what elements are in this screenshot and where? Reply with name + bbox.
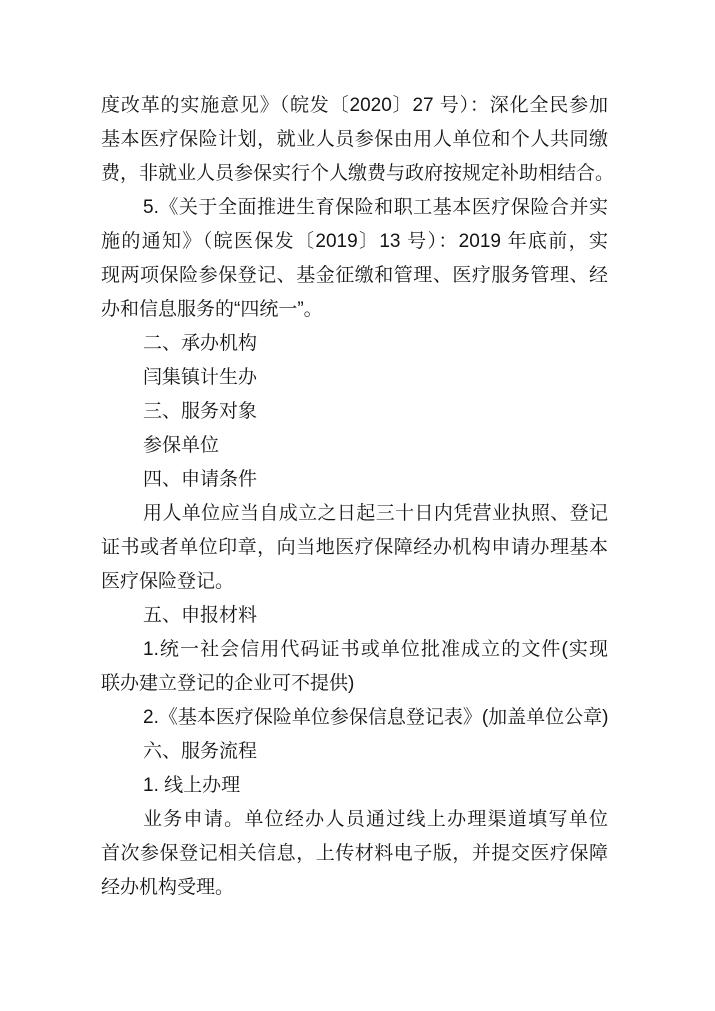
text-line: 1.统一社会信用代码证书或单位批准成立的文件(实现	[101, 633, 608, 667]
text-line: 证书或者单位印章，向当地医疗保障经办机构申请办理基本	[101, 531, 608, 565]
text-line: 度改革的实施意见》（皖发〔2020〕27 号）：深化全民参加	[101, 89, 608, 123]
text-line: 办和信息服务的“四统一”。	[101, 293, 608, 327]
text-line: 现两项保险参保登记、基金征缴和管理、医疗服务管理、经	[101, 259, 608, 293]
section-heading: 四、申请条件	[101, 463, 608, 497]
text-line: 施的通知》（皖医保发〔2019〕13 号）：2019 年底前，实	[101, 225, 608, 259]
section-heading: 六、服务流程	[101, 735, 608, 769]
text-line: 首次参保登记相关信息，上传材料电子版，并提交医疗保障	[101, 837, 608, 871]
text-line: 经办机构受理。	[101, 871, 608, 905]
text-line: 参保单位	[101, 429, 608, 463]
document-body: 度改革的实施意见》（皖发〔2020〕27 号）：深化全民参加基本医疗保险计划，就…	[101, 89, 608, 905]
text-line: 费，非就业人员参保实行个人缴费与政府按规定补助相结合。	[101, 157, 608, 191]
section-heading: 二、承办机构	[101, 327, 608, 361]
section-heading: 三、服务对象	[101, 395, 608, 429]
text-line: 用人单位应当自成立之日起三十日内凭营业执照、登记	[101, 497, 608, 531]
text-line: 2.《基本医疗保险单位参保信息登记表》(加盖单位公章)	[101, 701, 608, 735]
document-page: 度改革的实施意见》（皖发〔2020〕27 号）：深化全民参加基本医疗保险计划，就…	[0, 0, 715, 1011]
text-line: 闫集镇计生办	[101, 361, 608, 395]
text-line: 联办建立登记的企业可不提供)	[101, 667, 608, 701]
text-line: 基本医疗保险计划，就业人员参保由用人单位和个人共同缴	[101, 123, 608, 157]
section-heading: 五、申报材料	[101, 599, 608, 633]
text-line: 1. 线上办理	[101, 769, 608, 803]
text-line: 5.《关于全面推进生育保险和职工基本医疗保险合并实	[101, 191, 608, 225]
text-line: 医疗保险登记。	[101, 565, 608, 599]
text-line: 业务申请。单位经办人员通过线上办理渠道填写单位	[101, 803, 608, 837]
